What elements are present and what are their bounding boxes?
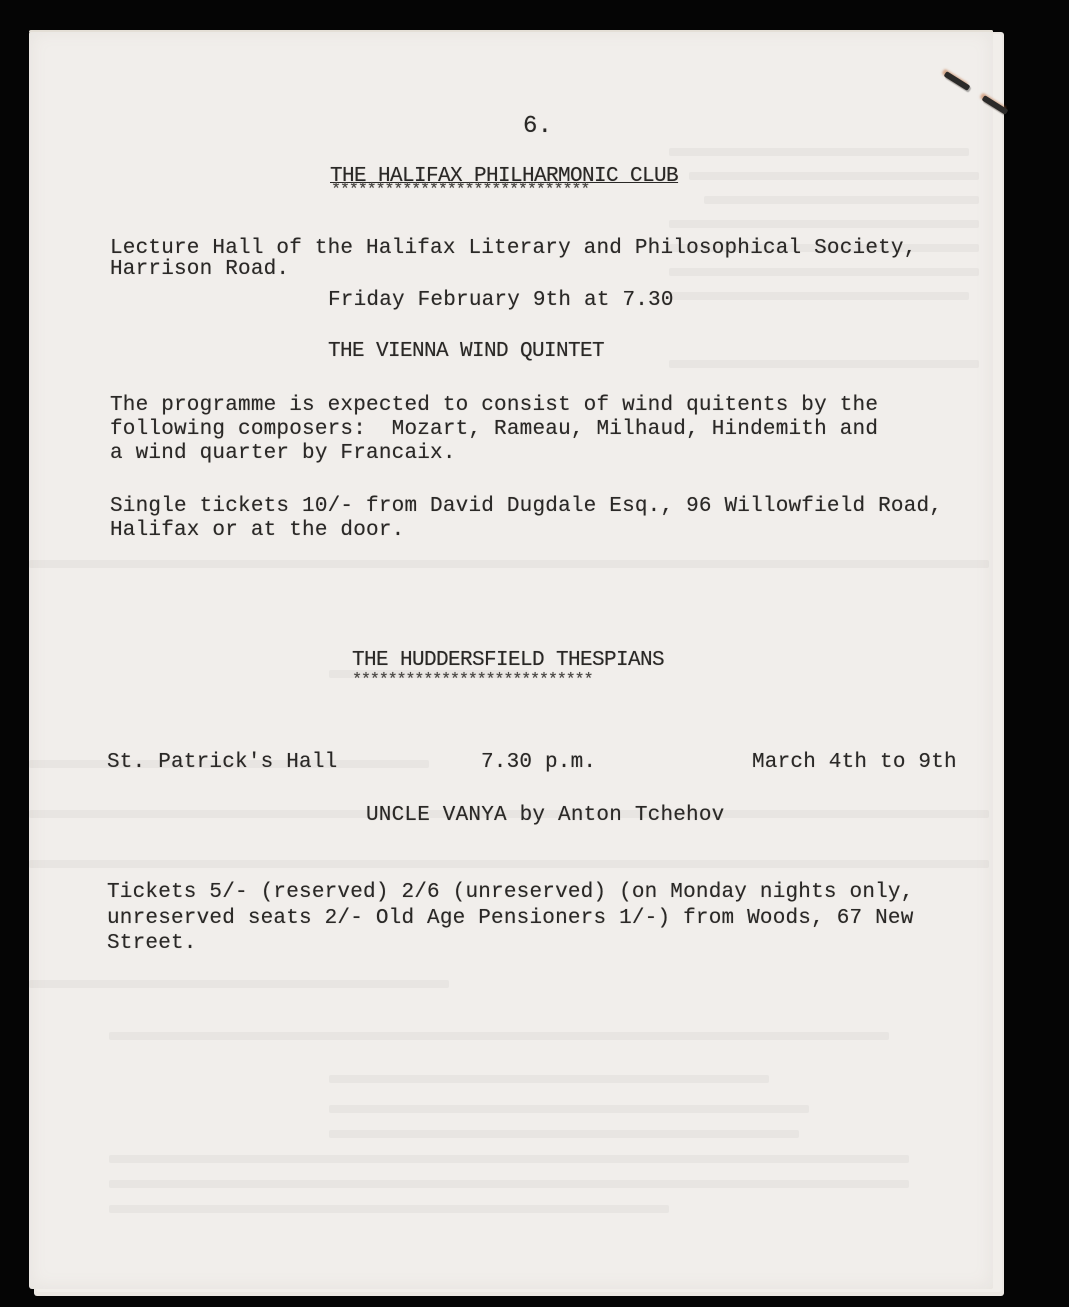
halifax-programme-line-3: a wind quarter by Francaix.	[110, 441, 456, 466]
huddersfield-tickets-line-2: unreserved seats 2/- Old Age Pensioners …	[107, 906, 914, 931]
huddersfield-venue: St. Patrick's Hall	[107, 750, 337, 775]
huddersfield-dates: March 4th to 9th	[752, 750, 957, 775]
halifax-date-time: Friday February 9th at 7.30	[328, 288, 674, 313]
show-through-text	[109, 1155, 909, 1163]
show-through-text	[669, 268, 979, 276]
show-through-text	[669, 292, 969, 300]
huddersfield-play-title: UNCLE VANYA by Anton Tchehov	[366, 803, 724, 828]
show-through-text	[329, 1105, 809, 1113]
show-through-text	[29, 560, 989, 568]
halifax-performer: THE VIENNA WIND QUINTET	[328, 339, 604, 364]
huddersfield-section-title: THE HUDDERSFIELD THESPIANS	[352, 648, 664, 673]
staple-icon	[944, 71, 971, 91]
show-through-text	[29, 980, 449, 988]
document-page: 6. THE HALIFAX PHILHARMONIC CLUB *******…	[29, 30, 993, 1289]
show-through-text	[109, 1205, 669, 1213]
halifax-programme-line-1: The programme is expected to consist of …	[110, 393, 878, 418]
huddersfield-tickets-line-3: Street.	[107, 931, 197, 956]
show-through-text	[329, 1075, 769, 1083]
huddersfield-tickets-line-1: Tickets 5/- (reserved) 2/6 (unreserved) …	[107, 880, 914, 905]
show-through-text	[669, 360, 979, 368]
halifax-title-asterisk-rule: *****************************	[331, 184, 589, 198]
show-through-text	[109, 1180, 909, 1188]
huddersfield-title-asterisk-rule: ***************************	[352, 674, 592, 688]
show-through-text	[689, 172, 979, 180]
show-through-text	[329, 1130, 799, 1138]
halifax-programme-line-2: following composers: Mozart, Rameau, Mil…	[110, 417, 878, 442]
halifax-tickets-line-2: Halifax or at the door.	[110, 518, 404, 543]
huddersfield-time: 7.30 p.m.	[481, 750, 596, 775]
halifax-tickets-line-1: Single tickets 10/- from David Dugdale E…	[110, 494, 942, 519]
show-through-text	[109, 1032, 889, 1040]
show-through-text	[669, 148, 969, 156]
show-through-text	[29, 860, 989, 868]
show-through-text	[669, 220, 979, 228]
show-through-text	[704, 196, 979, 204]
page-number: 6.	[523, 114, 552, 139]
halifax-venue-line-2: Harrison Road.	[110, 257, 289, 282]
